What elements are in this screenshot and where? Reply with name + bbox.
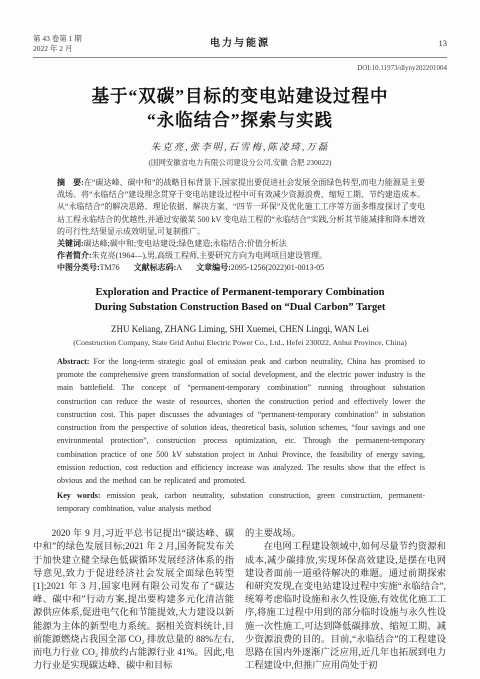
article-title-zh-line1: 基于“双碳”目标的变电站建设过程中 [33, 84, 447, 108]
english-meta-block: Abstract: For the long-term strategic go… [57, 355, 425, 516]
keywords-zh: 关键词:碳达峰;碳中和;变电站建设;绿色建造;永临结合;价值分析法 [57, 238, 425, 250]
article-title-zh: 基于“双碳”目标的变电站建设过程中 “永临结合”探索与实践 [33, 84, 447, 132]
abstract-zh-label: 摘 要: [57, 178, 84, 187]
article-id-value: 2095-1256(2022)01-0013-05 [231, 263, 324, 272]
keywords-en-text: emission peak, carbon neutrality, substa… [57, 491, 425, 513]
affiliation-zh: (国网安徽省电力有限公司建设分公司,安徽 合肥 230022) [33, 157, 447, 168]
keywords-zh-label: 关键词: [57, 239, 84, 248]
authors-zh: 朱克亮,张李明,石雪梅,陈凌琦,万磊 [33, 139, 447, 153]
article-id-label: 文章编号: [196, 263, 231, 272]
page-number: 13 [357, 39, 447, 49]
page-header: 第 43 卷第 1 期 2022 年 2 月 电力与能源 13 [33, 34, 447, 53]
body-column-left: 2020 年 9 月,习近平总书记提出“碳达峰、碳中和”的绿色发展目标;2021… [33, 528, 234, 673]
author-bio: 作者简介:朱克亮(1964—),男,高级工程师,主要研究方向为电网项目建设管理。 [57, 250, 425, 262]
clc-label: 中图分类号: [57, 263, 100, 272]
article-title-en: Exploration and Practice of Permanent-te… [33, 285, 447, 316]
abstract-en-label: Abstract: [57, 357, 89, 366]
article-title-zh-line2: “永临结合”探索与实践 [33, 108, 447, 132]
article-title-en-line1: Exploration and Practice of Permanent-te… [33, 285, 447, 301]
article-body: 2020 年 9 月,习近平总书记提出“碳达峰、碳中和”的绿色发展目标;2021… [33, 528, 447, 673]
doc-code-value: A [176, 263, 182, 272]
abstract-en: Abstract: For the long-term strategic go… [57, 355, 425, 488]
body-paragraph-1-continued: 的主要战场。 [245, 528, 446, 541]
affiliation-en: (Construction Company, State Grid Anhui … [33, 338, 447, 347]
doi-text: DOI:10.11973/dlyny202201004 [33, 64, 447, 72]
body-paragraph-1: 2020 年 9 月,习近平总书记提出“碳达峰、碳中和”的绿色发展目标;2021… [33, 528, 234, 673]
header-divider [33, 57, 447, 58]
keywords-en-label: Key words: [57, 491, 100, 500]
doc-code-label: 文献标志码: [134, 263, 177, 272]
keywords-zh-text: 碳达峰;碳中和;变电站建设;绿色建造;永临结合;价值分析法 [84, 239, 287, 248]
clc-value: TM76 [100, 263, 120, 272]
author-bio-text: 朱克亮(1964—),男,高级工程师,主要研究方向为电网项目建设管理。 [92, 251, 327, 260]
volume-issue: 第 43 卷第 1 期 [33, 34, 123, 44]
article-title-en-line2: During Substation Construction Based on … [33, 300, 447, 316]
journal-page: 第 43 卷第 1 期 2022 年 2 月 电力与能源 13 DOI:10.1… [0, 0, 480, 679]
body-paragraph-2: 在电网工程建设领域中,如何尽量节约资源和成本,减少碳排放,实现环保高效建设,是摆… [245, 541, 446, 673]
author-bio-label: 作者简介: [57, 251, 92, 260]
issue-date: 2022 年 2 月 [33, 44, 123, 54]
abstract-zh: 摘 要:在“碳达峰、碳中和”的战略目标背景下,国家提出要促进社会发展全面绿色转型… [57, 177, 425, 238]
body-column-right: 的主要战场。 在电网工程建设领域中,如何尽量节约资源和成本,减少碳排放,实现环保… [245, 528, 446, 673]
abstract-en-text: For the long-term strategic goal of emis… [57, 357, 425, 486]
issue-info: 第 43 卷第 1 期 2022 年 2 月 [33, 34, 123, 53]
classification-line: 中图分类号:TM76文献标志码:A文章编号:2095-1256(2022)01-… [57, 262, 425, 274]
journal-title: 电力与能源 [210, 39, 270, 49]
chinese-meta-block: 摘 要:在“碳达峰、碳中和”的战略目标背景下,国家提出要促进社会发展全面绿色转型… [57, 177, 425, 275]
keywords-en: Key words: emission peak, carbon neutral… [57, 489, 425, 516]
abstract-zh-text: 在“碳达峰、碳中和”的战略目标背景下,国家提出要促进社会发展全面绿色转型,而电力… [57, 178, 425, 236]
authors-en: ZHU Keliang, ZHANG Liming, SHI Xuemei, C… [33, 324, 447, 334]
